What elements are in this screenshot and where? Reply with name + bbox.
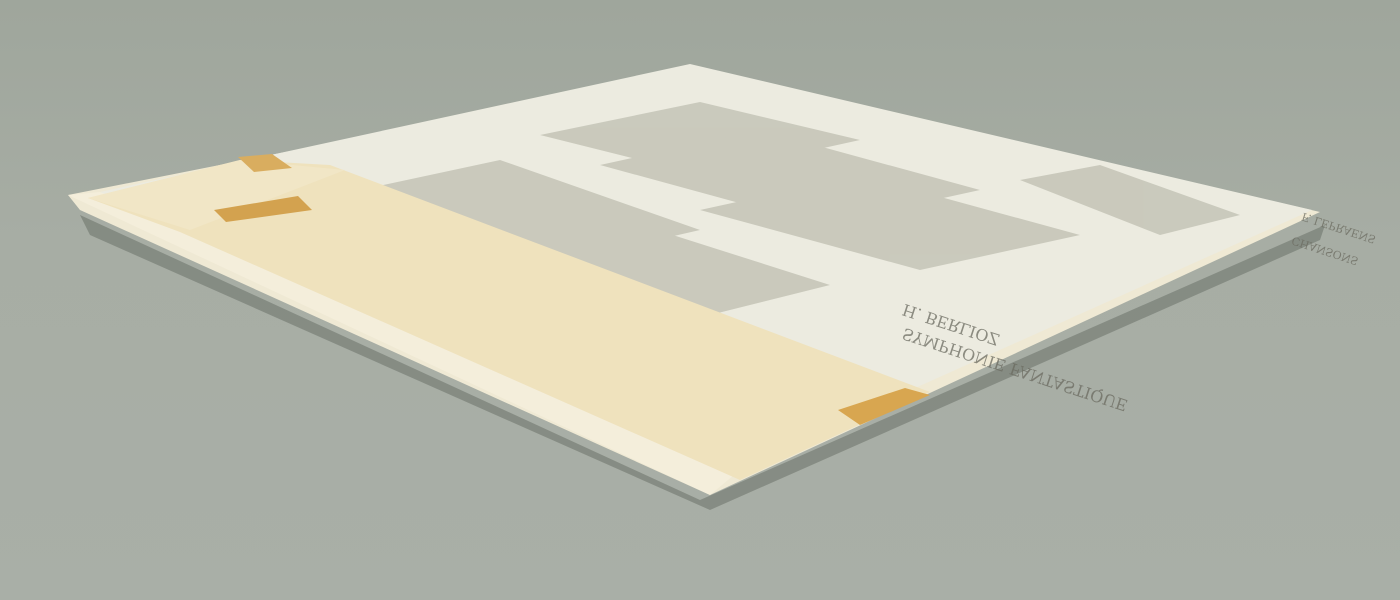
record-jacket: [0, 0, 1400, 600]
